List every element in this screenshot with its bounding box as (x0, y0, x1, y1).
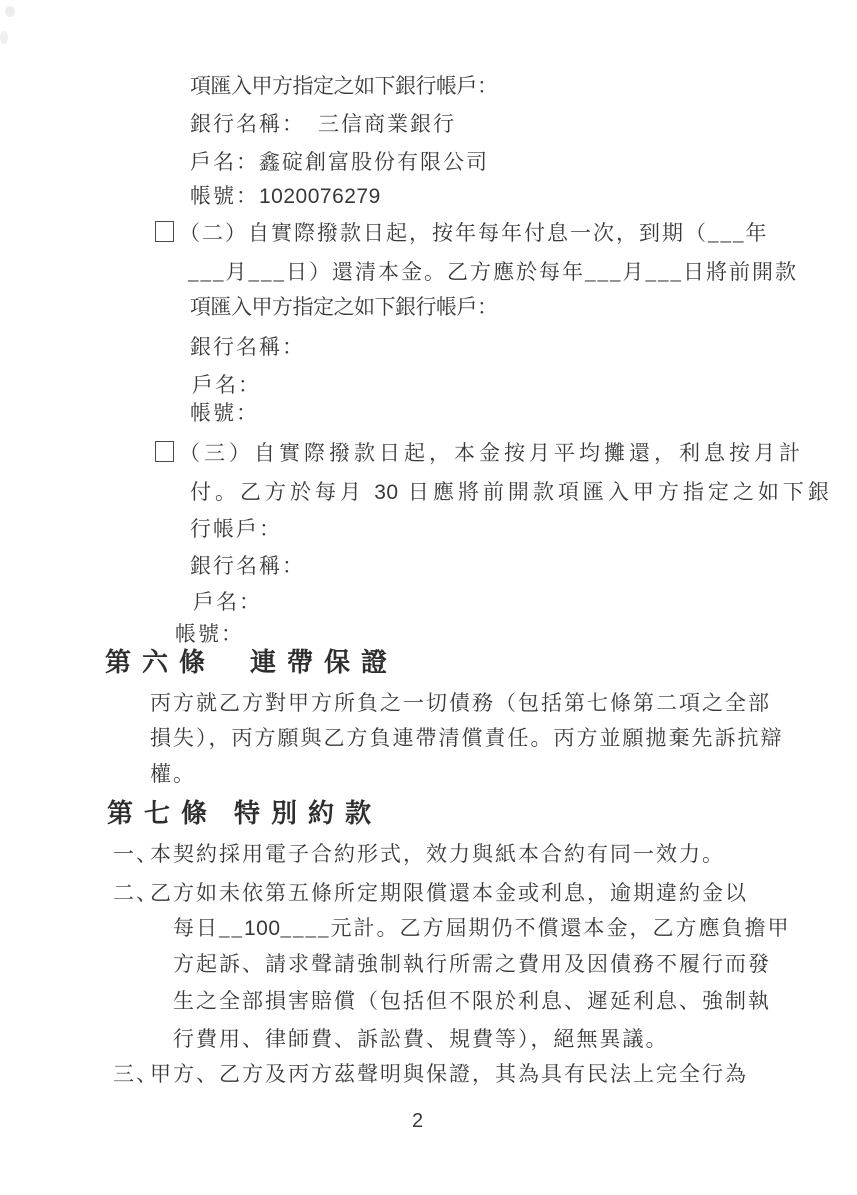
item-3-line-1: 甲方、乙方及丙方茲聲明與保證，其為具有民法上完全行為 (150, 1060, 748, 1088)
option-2-checkbox[interactable] (155, 221, 174, 242)
option-3-line-2a: 付。乙方於每月 (190, 480, 374, 504)
option-2-marker: （二） (179, 221, 248, 245)
option-3-bank-name-label: 銀行名稱： (190, 552, 305, 580)
item-2-line-1: 乙方如未依第五條所定期限償還本金或利息，逾期違約金以 (150, 879, 748, 907)
option-2-line-1: （二）自實際撥款日起，按年每年付息一次，到期（___年 (155, 219, 769, 247)
option-3-line-2b: 日應將前開款項匯入甲方指定之如下銀 (399, 480, 833, 504)
holder-label: 戶名： (190, 150, 259, 174)
item-2-line-2: 每日__100____元計。乙方屆期仍不償還本金，乙方應負擔甲 (173, 914, 791, 943)
option-3-text: 自實際撥款日起，本金按月平均攤還，利息按月計 (254, 441, 804, 465)
contract-page: 項匯入甲方指定之如下銀行帳戶： 銀行名稱：三信商業銀行 戶名：鑫碇創富股份有限公… (0, 0, 857, 1195)
bank-name-row-1: 銀行名稱：三信商業銀行 (190, 110, 456, 138)
article-7-heading: 第七條特別約款 (107, 799, 382, 829)
page-number: 2 (412, 1110, 423, 1133)
account-row-1: 帳號：1020076279 (190, 182, 381, 211)
option-3-holder-label: 戶名： (193, 588, 262, 616)
option-2-account-label: 帳號： (190, 399, 259, 427)
item-1-line-1: 本契約採用電子合約形式，效力與紙本合約有同一效力。 (150, 840, 725, 868)
option-2-text: 自實際撥款日起，按年每年付息一次，到期（___年 (248, 221, 769, 245)
option-3-line-2: 付。乙方於每月 30 日應將前開款項匯入甲方指定之如下銀 (190, 478, 833, 507)
holder-value: 鑫碇創富股份有限公司 (259, 150, 489, 174)
article-6-title: 連帶保證 (250, 648, 398, 677)
option-2-holder-label: 戶名： (192, 371, 261, 399)
article-6-number: 第六條 (105, 648, 216, 677)
scan-artifact (5, 6, 15, 17)
account-label: 帳號： (190, 184, 259, 208)
bank-name-value: 三信商業銀行 (318, 112, 456, 136)
option-3-day-value: 30 (374, 481, 398, 504)
holder-row-1: 戶名：鑫碇創富股份有限公司 (190, 148, 489, 176)
item-2-line-2b: ____元計。乙方屆期仍不償還本金，乙方應負擔甲 (281, 916, 791, 940)
account-number-value: 1020076279 (259, 185, 381, 208)
penalty-amount-value: 100 (244, 917, 281, 940)
item-2-line-3: 方起訴、請求聲請強制執行所需之費用及因債務不履行而發 (173, 950, 771, 978)
option-2-line-2: ___月___日）還清本金。乙方應於每年___月___日將前開款 (188, 258, 798, 286)
article-7-title: 特別約款 (234, 799, 382, 828)
item-2-line-5: 行費用、律師費、訴訟費、規費等），絕無異議。 (173, 1025, 669, 1053)
article-7-number: 第七條 (107, 799, 218, 828)
article-6-body-line-1: 丙方就乙方對甲方所負之一切債務（包括第七條第二項之全部 (150, 689, 771, 717)
option-3-line-3: 行帳戶： (190, 515, 282, 543)
bank-name-label: 銀行名稱： (190, 112, 305, 136)
item-2-line-4: 生之全部損害賠償（包括但不限於利息、遲延利息、強制執 (173, 987, 771, 1015)
option-3-marker: （三） (179, 441, 254, 465)
remit-carryover-line: 項匯入甲方指定之如下銀行帳戶： (190, 72, 498, 100)
option-2-line-3: 項匯入甲方指定之如下銀行帳戶： (190, 293, 498, 321)
option-3-line-1: （三）自實際撥款日起，本金按月平均攤還，利息按月計 (155, 439, 804, 467)
item-2-line-2a: 每日__ (173, 916, 244, 940)
option-3-checkbox[interactable] (155, 441, 174, 462)
scan-artifact (0, 31, 8, 44)
article-6-body-line-3: 權。 (150, 760, 196, 788)
option-2-bank-name-label: 銀行名稱： (190, 333, 305, 361)
article-6-heading: 第六條連帶保證 (105, 648, 398, 678)
option-3-account-label: 帳號： (175, 620, 244, 648)
article-6-body-line-2: 損失），丙方願與乙方負連帶清償責任。丙方並願拋棄先訴抗辯 (150, 724, 784, 752)
